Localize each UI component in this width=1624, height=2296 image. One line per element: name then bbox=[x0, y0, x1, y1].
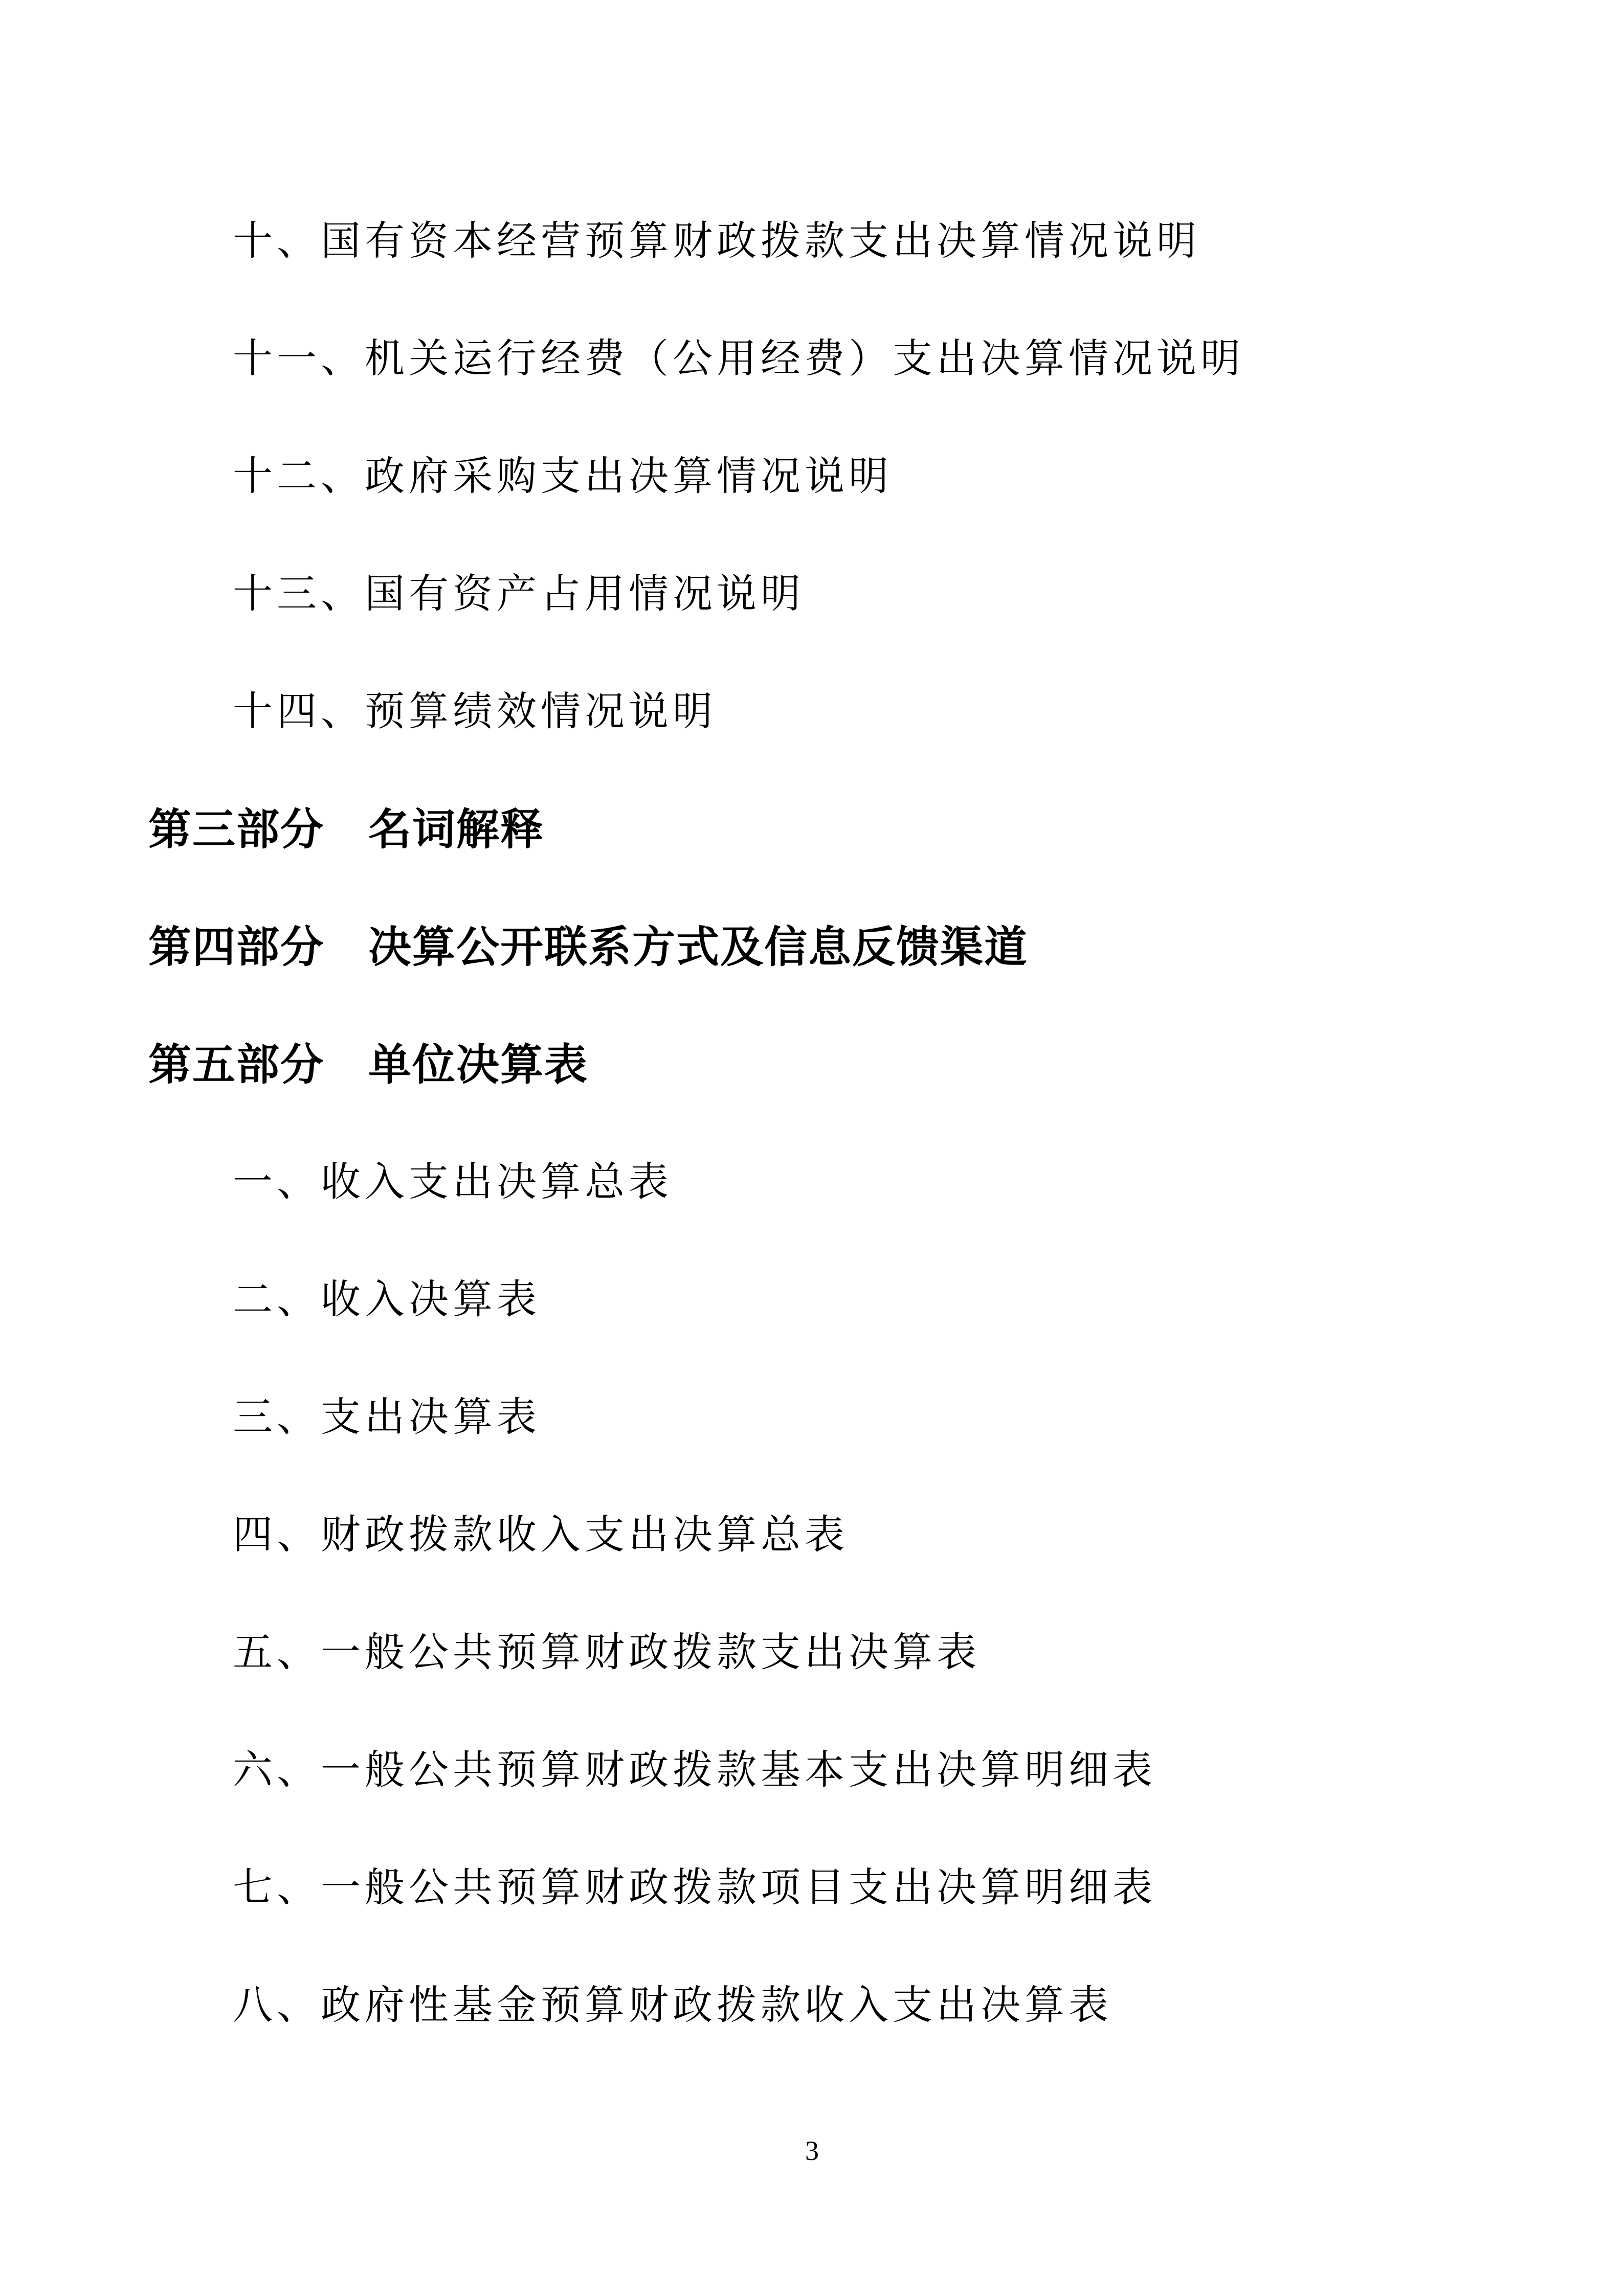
toc-item: 一、收入支出决算总表 bbox=[0, 1120, 1624, 1237]
page-number: 3 bbox=[0, 2135, 1624, 2167]
toc-item: 四、财政拨款收入支出决算总表 bbox=[0, 1473, 1624, 1590]
toc-item: 十一、机关运行经费（公用经费）支出决算情况说明 bbox=[0, 297, 1624, 414]
toc-item: 三、支出决算表 bbox=[0, 1355, 1624, 1473]
toc-item: 二、收入决算表 bbox=[0, 1237, 1624, 1355]
toc-item: 十二、政府采购支出决算情况说明 bbox=[0, 414, 1624, 532]
document-page: 十、国有资本经营预算财政拨款支出决算情况说明 十一、机关运行经费（公用经费）支出… bbox=[0, 0, 1624, 2296]
toc-item: 七、一般公共预算财政拨款项目支出决算明细表 bbox=[0, 1826, 1624, 1943]
toc-item: 十、国有资本经营预算财政拨款支出决算情况说明 bbox=[0, 179, 1624, 297]
toc-item: 十四、预算绩效情况说明 bbox=[0, 649, 1624, 767]
toc-item: 六、一般公共预算财政拨款基本支出决算明细表 bbox=[0, 1708, 1624, 1826]
section-heading: 第五部分 单位决算表 bbox=[0, 1002, 1624, 1120]
section-heading: 第三部分 名词解释 bbox=[0, 767, 1624, 885]
toc-item: 五、一般公共预算财政拨款支出决算表 bbox=[0, 1590, 1624, 1708]
toc-item: 十三、国有资产占用情况说明 bbox=[0, 532, 1624, 649]
section-heading: 第四部分 决算公开联系方式及信息反馈渠道 bbox=[0, 885, 1624, 1002]
table-of-contents: 十、国有资本经营预算财政拨款支出决算情况说明 十一、机关运行经费（公用经费）支出… bbox=[0, 179, 1624, 2061]
toc-item: 八、政府性基金预算财政拨款收入支出决算表 bbox=[0, 1943, 1624, 2061]
